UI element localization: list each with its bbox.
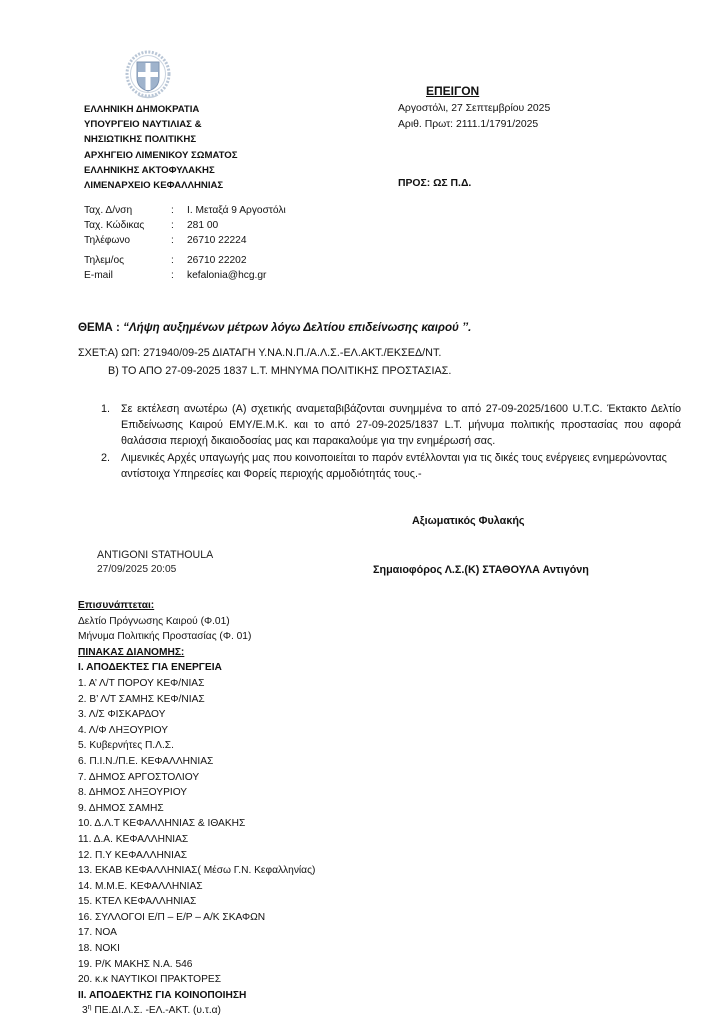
authority-line: ΥΠΟΥΡΓΕΙΟ ΝΑΥΤΙΛΙΑΣ & <box>84 117 238 132</box>
place-date: Αργοστόλι, 27 Σεπτεμβρίου 2025 <box>398 103 550 114</box>
contact-value: Ι. Μεταξά 9 Αργοστόλι <box>187 205 286 216</box>
recipient-item: 3. Λ/Σ ΦΙΣΚΑΡΔΟΥ <box>78 707 315 723</box>
signer-name: Σημαιοφόρος Λ.Σ.(Κ) ΣΤΑΘΟΥΛΑ Αντιγόνη <box>373 564 589 576</box>
recipient-item: 1. Α’ Λ/Τ ΠΟΡΟΥ ΚΕΦ/ΝΙΑΣ <box>78 676 315 692</box>
contact-label: E-mail <box>84 270 113 281</box>
recipient-item: 12. Π.Υ ΚΕΦΑΛΛΗΝΙΑΣ <box>78 848 315 864</box>
recipient-item: 15. ΚΤΕΛ ΚΕΦΑΛΛΗΝΙΑΣ <box>78 894 315 910</box>
paragraph-number: 2. <box>101 450 110 466</box>
contact-separator: : <box>171 270 174 281</box>
protocol-number: Αριθ. Πρωτ: 2111.1/1791/2025 <box>398 119 538 130</box>
recipient-item: 9. ΔΗΜΟΣ ΣΑΜΗΣ <box>78 801 315 817</box>
greek-coat-of-arms-icon <box>124 50 172 102</box>
distribution-block: Επισυνάπτεται: Δελτίο Πρόγνωσης Καιρού (… <box>78 598 315 1019</box>
attachments-heading: Επισυνάπτεται: <box>78 598 315 614</box>
contact-label: Τηλεμ/ος <box>84 255 124 266</box>
authority-line: ΛΙΜΕΝΑΡΧΕΙΟ ΚΕΦΑΛΛΗΝΙΑΣ <box>84 178 238 193</box>
paragraph-text: Σε εκτέλεση ανωτέρω (Α) σχετικής αναμετα… <box>121 403 681 447</box>
recipient-item: 5. Κυβερνήτες Π.Λ.Σ. <box>78 738 315 754</box>
recipient-item: 7. ΔΗΜΟΣ ΑΡΓΟΣΤΟΛΙΟΥ <box>78 770 315 786</box>
contact-label: Ταχ. Κώδικας <box>84 220 144 231</box>
contact-separator: : <box>171 205 174 216</box>
issuing-authority: ΕΛΛΗΝΙΚΗ ΔΗΜΟΚΡΑΤΙΑ ΥΠΟΥΡΓΕΙΟ ΝΑΥΤΙΛΙΑΣ … <box>84 102 238 193</box>
subject-line: ΘΕΜΑ : “Λήψη αυξημένων μέτρων λόγω Δελτί… <box>78 321 471 334</box>
document-page: ΕΛΛΗΝΙΚΗ ΔΗΜΟΚΡΑΤΙΑ ΥΠΟΥΡΓΕΙΟ ΝΑΥΤΙΛΙΑΣ … <box>0 0 724 1024</box>
contact-value[interactable]: kefalonia@hcg.gr <box>187 270 266 281</box>
body-paragraphs: 1. Σε εκτέλεση ανωτέρω (Α) σχετικής αναμ… <box>101 401 681 482</box>
authority-line: ΕΛΛΗΝΙΚΗΣ ΑΚΤΟΦΥΛΑΚΗΣ <box>84 163 238 178</box>
recipient-item: 11. Δ.Α. ΚΕΦΑΛΛΗΝΙΑΣ <box>78 832 315 848</box>
subject-text: “Λήψη αυξημένων μέτρων λόγω Δελτίου επιδ… <box>123 321 471 334</box>
recipient-item: 13. ΕΚΑΒ ΚΕΦΑΛΛΗΝΙΑΣ( Μέσω Γ.Ν. Κεφαλλην… <box>78 863 315 879</box>
paragraph-2: 2. Λιμενικές Αρχές υπαγωγής μας που κοιν… <box>101 450 681 482</box>
recipient-item: 2. Β’ Λ/Τ ΣΑΜΗΣ ΚΕΦ/ΝΙΑΣ <box>78 692 315 708</box>
paragraph-text: Λιμενικές Αρχές υπαγωγής μας που κοινοπο… <box>121 452 667 480</box>
contact-label: Ταχ. Δ/νση <box>84 205 132 216</box>
urgency-label: ΕΠΕΙΓΟΝ <box>426 84 479 98</box>
contact-value: 26710 22202 <box>187 255 247 266</box>
officer-title: Αξιωματικός Φυλακής <box>412 515 525 527</box>
contact-separator: : <box>171 220 174 231</box>
authority-line: ΑΡΧΗΓΕΙΟ ΛΙΜΕΝΙΚΟΥ ΣΩΜΑΤΟΣ <box>84 148 238 163</box>
cc-recipient-item: 3η ΠΕ.ΔΙ.Λ.Σ. -ΕΛ.-ΑΚΤ. (υ.τ.α) <box>78 1003 315 1019</box>
paragraph-1: 1. Σε εκτέλεση ανωτέρω (Α) σχετικής αναμ… <box>101 401 681 450</box>
reference-a: ΣΧΕΤ:Α) ΩΠ: 271940/09-25 ΔΙΑΤΑΓΗ Υ.ΝΑ.Ν.… <box>78 347 441 359</box>
digital-signature-datetime: 27/09/2025 20:05 <box>97 564 176 575</box>
recipient-item: 17. ΝΟΑ <box>78 925 315 941</box>
subject-label: ΘΕΜΑ : <box>78 321 123 334</box>
authority-line: ΝΗΣΙΩΤΙΚΗΣ ΠΟΛΙΤΙΚΗΣ <box>84 132 238 147</box>
digital-signature-name: ANTIGONI STATHOULA <box>97 549 213 561</box>
paragraph-number: 1. <box>101 401 110 417</box>
recipient-item: 6. Π.Ι.Ν./Π.Ε. ΚΕΦΑΛΛΗΝΙΑΣ <box>78 754 315 770</box>
recipient-item: 20. κ.κ ΝΑΥΤΙΚΟΙ ΠΡΑΚΤΟΡΕΣ <box>78 972 315 988</box>
recipient-item: 4. Λ/Φ ΛΗΞΟΥΡΙΟΥ <box>78 723 315 739</box>
distribution-heading: ΠΙΝΑΚΑΣ ΔΙΑΝΟΜΗΣ: <box>78 645 315 661</box>
recipient-line: ΠΡΟΣ: ΩΣ Π.Δ. <box>398 178 471 189</box>
cc-recipients-heading: ΙΙ. ΑΠΟΔΕΚΤΗΣ ΓΙΑ ΚΟΙΝΟΠΟΙΗΣΗ <box>78 988 315 1004</box>
cc-recipient-text: ΠΕ.ΔΙ.Λ.Σ. -ΕΛ.-ΑΚΤ. (υ.τ.α) <box>92 1005 221 1016</box>
contact-value: 26710 22224 <box>187 235 247 246</box>
recipient-item: 14. Μ.Μ.Ε. ΚΕΦΑΛΛΗΝΙΑΣ <box>78 879 315 895</box>
authority-line: ΕΛΛΗΝΙΚΗ ΔΗΜΟΚΡΑΤΙΑ <box>84 102 238 117</box>
recipient-item: 18. ΝΟΚΙ <box>78 941 315 957</box>
contact-value: 281 00 <box>187 220 218 231</box>
reference-b: Β) ΤΟ ΑΠΟ 27-09-2025 1837 L.T. ΜΗΝΥΜΑ ΠΟ… <box>108 365 451 377</box>
recipient-item: 8. ΔΗΜΟΣ ΛΗΞΟΥΡΙΟΥ <box>78 785 315 801</box>
recipient-item: 10. Δ.Λ.Τ ΚΕΦΑΛΛΗΝΙΑΣ & ΙΘΑΚΗΣ <box>78 816 315 832</box>
contact-separator: : <box>171 235 174 246</box>
contact-separator: : <box>171 255 174 266</box>
recipient-item: 19. Ρ/Κ ΜΑΚΗΣ Ν.Α. 546 <box>78 957 315 973</box>
action-recipients-heading: Ι. ΑΠΟΔΕΚΤΕΣ ΓΙΑ ΕΝΕΡΓΕΙΑ <box>78 660 315 676</box>
contact-label: Τηλέφωνο <box>84 235 130 246</box>
recipient-item: 16. ΣΥΛΛΟΓΟΙ Ε/Π – Ε/Ρ – Α/Κ ΣΚΑΦΩΝ <box>78 910 315 926</box>
attachment-item: Μήνυμα Πολιτικής Προστασίας (Φ. 01) <box>78 629 315 645</box>
attachment-item: Δελτίο Πρόγνωσης Καιρού (Φ.01) <box>78 614 315 630</box>
